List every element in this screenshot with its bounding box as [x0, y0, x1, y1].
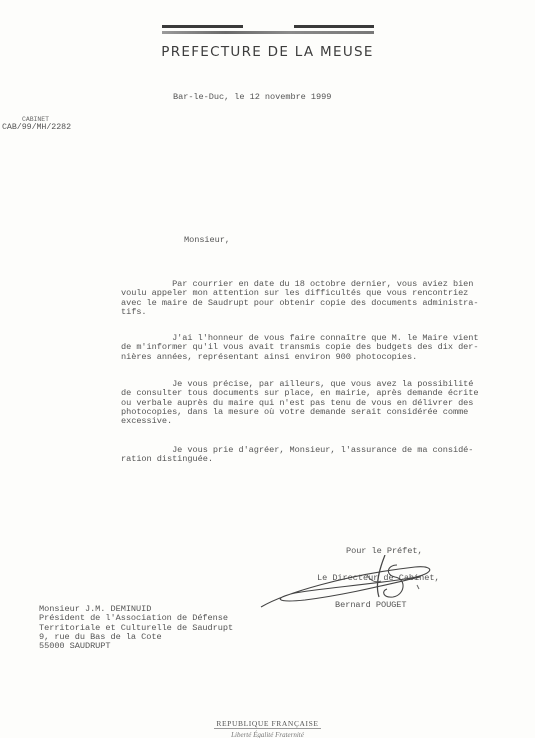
salutation: Monsieur, [184, 236, 230, 245]
department-label: CABINET [22, 116, 49, 123]
reference-number: CAB/99/MH/2282 [2, 123, 71, 132]
republic-emblem: REPUBLIQUE FRANÇAISE Liberté Égalité Fra… [0, 713, 535, 738]
addressee-block: Monsieur J.M. DEMINUID Président de l'As… [39, 605, 233, 651]
paragraph-4: Je vous prie d'agréer, Monsieur, l'assur… [121, 446, 473, 465]
paragraph-1: Par courrier en date du 18 octobre derni… [121, 280, 479, 317]
republic-motto: Liberté Égalité Fraternité [0, 731, 535, 738]
paragraph-2: J'ai l'honneur de vous faire connaître q… [121, 334, 479, 362]
paragraph-3: Je vous précise, par ailleurs, que vous … [121, 380, 479, 426]
republic-label: REPUBLIQUE FRANÇAISE [214, 719, 320, 729]
date-line: Bar-le-Duc, le 12 novembre 1999 [173, 93, 331, 102]
prefecture-title: PREFECTURE DE LA MEUSE [0, 44, 535, 60]
signatory-name: Bernard POUGET [335, 601, 407, 610]
